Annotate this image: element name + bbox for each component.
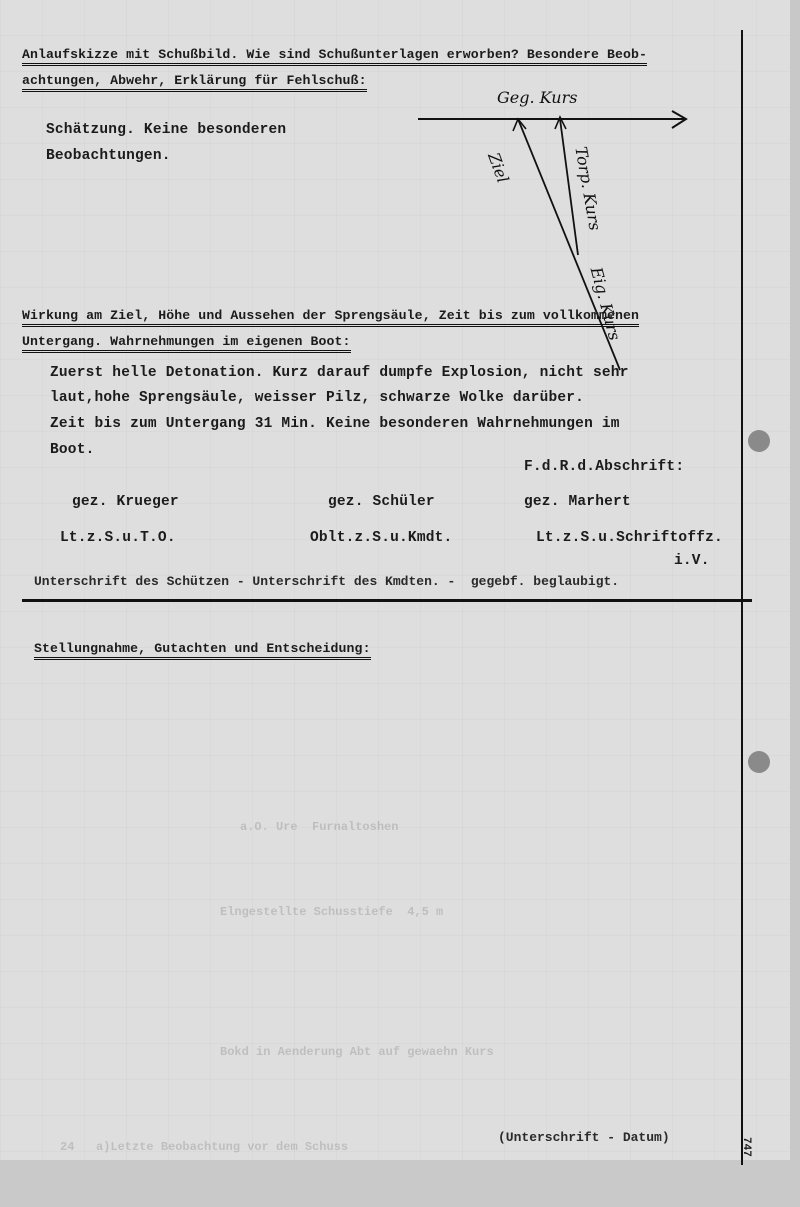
section2-body-line2: laut,hohe Sprengsäule, weisser Pilz, sch… [50, 390, 584, 406]
section1-heading-line2: achtungen, Abwehr, Erklärung für Fehlsch… [22, 73, 367, 88]
clerk-rank: Lt.z.S.u.Schriftoffz. [536, 530, 723, 546]
show-through-text: 24 a)Letzte Beobachtung vor dem Schuss [60, 1140, 348, 1154]
show-through-text: Elngestellte Schusstiefe 4,5 m [220, 905, 443, 919]
shooter-signature: gez. Krueger [72, 494, 179, 510]
section1-heading-line1: Anlaufskizze mit Schußbild. Wie sind Sch… [22, 47, 647, 62]
show-through-text: Bokd in Aenderung Abt auf gewaehn Kurs [220, 1045, 494, 1059]
margin-rule [741, 30, 743, 1165]
clerk-iv: i.V. [674, 553, 710, 569]
clerk-signature: gez. Marhert [524, 494, 631, 510]
punch-hole [748, 751, 770, 773]
commander-signature: gez. Schüler [328, 494, 435, 510]
punch-hole [748, 430, 770, 452]
section2-body-line3: Zeit bis zum Untergang 31 Min. Keine bes… [50, 416, 620, 432]
section2-body-line4: Boot. [50, 442, 95, 458]
page-edge [790, 0, 800, 1160]
section1-body-line2: Beobachtungen. [46, 148, 171, 164]
section1-body-line1: Schätzung. Keine besonderen [46, 122, 286, 138]
show-through-text: a.O. Ure Furnaltoshen [240, 820, 398, 834]
section2-heading-line2: Untergang. Wahrnehmungen im eigenen Boot… [22, 334, 351, 349]
signature-date-caption: (Unterschrift - Datum) [498, 1130, 670, 1145]
section-divider [22, 599, 752, 602]
signature-caption: Unterschrift des Schützen - Unterschrift… [34, 574, 619, 589]
section2-body-line1: Zuerst helle Detonation. Kurz darauf dum… [50, 365, 629, 381]
margin-page-mark: 747 [740, 1137, 752, 1157]
commander-rank: Oblt.z.S.u.Kmdt. [310, 530, 452, 546]
attack-sketch-diagram [400, 85, 720, 385]
sketch-label-enemy-course: Geg. Kurs [497, 88, 577, 107]
shooter-rank: Lt.z.S.u.T.O. [60, 530, 176, 546]
section3-heading: Stellungnahme, Gutachten und Entscheidun… [34, 641, 371, 656]
scan-background [0, 1160, 800, 1207]
section2-heading-line1: Wirkung am Ziel, Höhe und Aussehen der S… [22, 308, 639, 323]
copy-certification-note: F.d.R.d.Abschrift: [524, 459, 684, 475]
